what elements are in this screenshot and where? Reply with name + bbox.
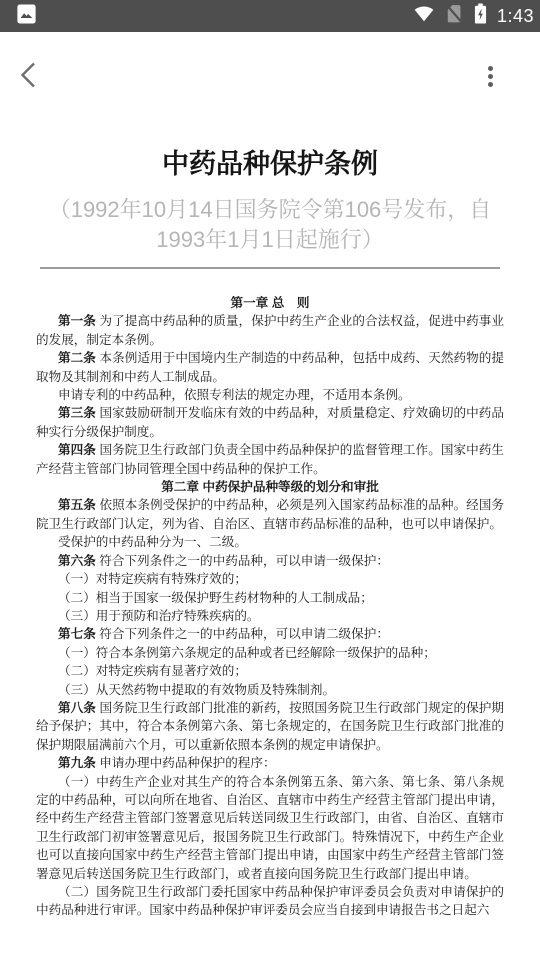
wifi-icon	[414, 5, 434, 27]
article-paragraph: 第一条 为了提高中药品种的质量，保护中药生产企业的合法权益，促进中药事业的发展，…	[36, 312, 504, 349]
paragraph: （三）用于预防和治疗特殊疾病的。	[36, 607, 504, 625]
article-paragraph: 第八条 国务院卫生行政部门批准的新药，按照国务院卫生行政部门规定的保护期给予保护…	[36, 699, 504, 754]
toolbar	[0, 32, 540, 120]
paragraph: （二）对特定疾病有显著疗效的；	[36, 662, 504, 680]
article-label: 第七条	[58, 627, 96, 641]
article-label: 第六条	[58, 554, 96, 568]
paragraph: （二）国务院卫生行政部门委托国家中药品种保护审评委员会负责对申请保护的中药品种进…	[36, 883, 504, 920]
screenshot-notification-icon	[17, 4, 36, 29]
paragraph: （二）相当于国家一级保护野生药材物种的人工制成品；	[36, 589, 504, 607]
document-title: 中药品种保护条例	[36, 147, 504, 182]
back-button[interactable]	[10, 58, 46, 94]
chapter-heading: 第二章 中药保护品种等级的划分和审批	[36, 478, 504, 496]
article-label: 第九条	[58, 756, 96, 770]
document-body: 第一章 总 则第一条 为了提高中药品种的质量，保护中药生产企业的合法权益，促进中…	[36, 294, 504, 920]
chapter-heading: 第一章 总 则	[36, 294, 504, 312]
paragraph: 受保护的中药品种分为一、二级。	[36, 533, 504, 551]
article-label: 第二条	[58, 351, 96, 365]
battery-charging-icon	[474, 3, 487, 29]
article-label: 第一条	[58, 314, 96, 328]
app-screen: 1:43 中药品种保护条例 （1992年10月14日国务院令第106号发布，自1…	[0, 0, 540, 960]
article-label: 第五条	[58, 498, 96, 512]
overflow-menu-button[interactable]	[480, 58, 500, 94]
back-icon	[17, 60, 39, 93]
overflow-menu-icon	[488, 66, 493, 71]
paragraph: 申请专利的中药品种，依照专利法的规定办理，不适用本条例。	[36, 386, 504, 404]
status-bar: 1:43	[0, 0, 540, 32]
document-scroll-area[interactable]: 中药品种保护条例 （1992年10月14日国务院令第106号发布，自1993年1…	[0, 147, 540, 920]
article-paragraph: 第二条 本条例适用于中国境内生产制造的中药品种，包括中成药、天然药物的提取物及其…	[36, 349, 504, 386]
article-label: 第四条	[58, 443, 96, 457]
article-paragraph: 第六条 符合下列条件之一的中药品种，可以申请一级保护：	[36, 552, 504, 570]
article-paragraph: 第四条 国务院卫生行政部门负责全国中药品种保护的监督管理工作。国家中药生产经营主…	[36, 441, 504, 478]
title-divider	[40, 267, 500, 269]
paragraph: （一）中药生产企业对其生产的符合本条例第五条、第六条、第七条、第八条规定的中药品…	[36, 773, 504, 883]
document-subtitle: （1992年10月14日国务院令第106号发布，自1993年1月1日起施行）	[36, 195, 504, 255]
article-label: 第八条	[58, 701, 96, 715]
article-paragraph: 第三条 国家鼓励研制开发临床有效的中药品种，对质量稳定、疗效确切的中药品种实行分…	[36, 404, 504, 441]
paragraph: （三）从天然药物中提取的有效物质及特殊制剂。	[36, 681, 504, 699]
status-bar-notifications	[6, 4, 36, 29]
paragraph: （一）符合本条例第六条规定的品种或者已经解除一级保护的品种；	[36, 644, 504, 662]
article-paragraph: 第五条 依照本条例受保护的中药品种，必须是列入国家药品标准的品种。经国务院卫生行…	[36, 496, 504, 533]
paragraph: （一）对特定疾病有特殊疗效的；	[36, 570, 504, 588]
no-sim-icon	[444, 3, 464, 29]
article-paragraph: 第七条 符合下列条件之一的中药品种，可以申请二级保护：	[36, 625, 504, 643]
article-paragraph: 第九条 申请办理中药品种保护的程序：	[36, 754, 504, 772]
article-label: 第三条	[58, 406, 96, 420]
status-bar-indicators: 1:43	[414, 0, 534, 32]
status-bar-clock: 1:43	[497, 0, 534, 32]
